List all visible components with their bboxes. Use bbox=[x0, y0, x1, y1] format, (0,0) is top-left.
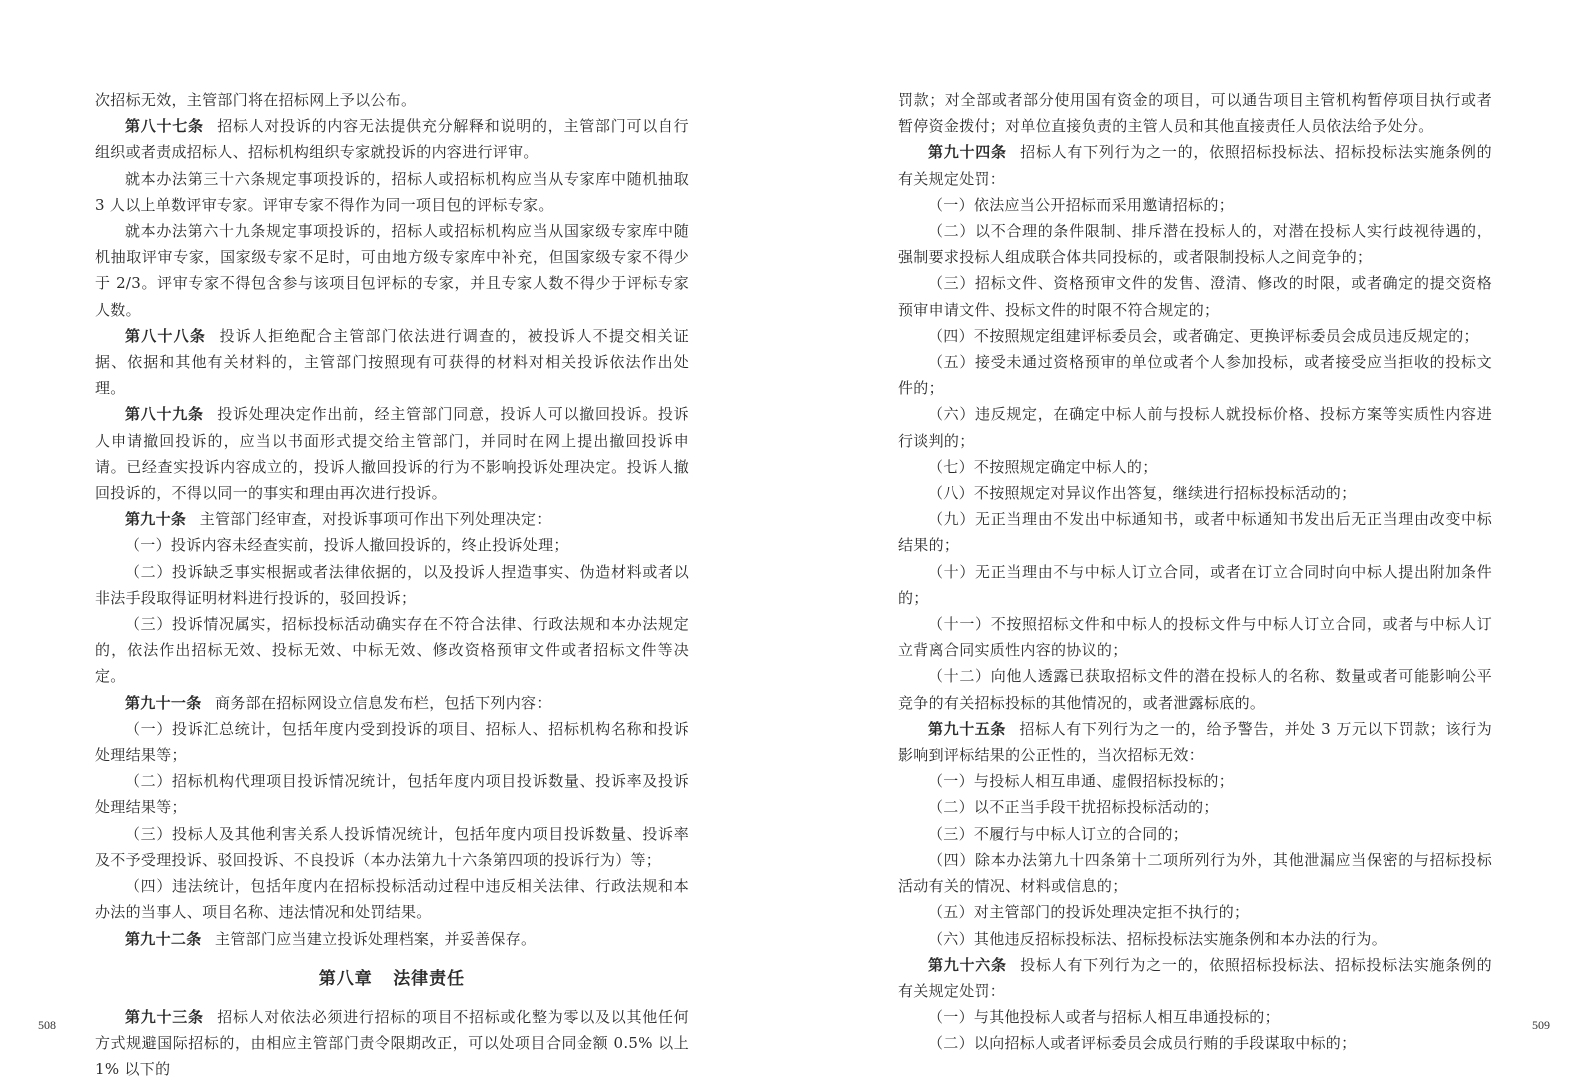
article-number: 第九十六条 bbox=[928, 956, 1007, 974]
article-text: 主管部门经审查，对投诉事项可作出下列处理决定： bbox=[200, 510, 552, 528]
article-number: 第八十八条 bbox=[125, 327, 206, 345]
chapter-number: 第八章 bbox=[319, 969, 373, 989]
article-90: 第九十条主管部门经审查，对投诉事项可作出下列处理决定： bbox=[95, 506, 689, 532]
list-item: （二）以不正当手段干扰招标投标活动的； bbox=[898, 794, 1492, 820]
article-91: 第九十一条商务部在招标网设立信息发布栏，包括下列内容： bbox=[95, 690, 689, 716]
list-item: （一）与其他投标人或者与招标人相互串通投标的； bbox=[898, 1004, 1492, 1030]
list-item: （三）投诉情况属实，招标投标活动确实存在不符合法律、行政法规和本办法规定的，依法… bbox=[95, 611, 689, 690]
left-page-body: 次招标无效，主管部门将在招标网上予以公布。 第八十七条招标人对投诉的内容无法提供… bbox=[95, 87, 689, 1077]
list-item: （五）对主管部门的投诉处理决定拒不执行的； bbox=[898, 899, 1492, 925]
article-88: 第八十八条投诉人拒绝配合主管部门依法进行调查的，被投诉人不提交相关证据、依据和其… bbox=[95, 323, 689, 402]
list-item: （三）投标人及其他利害关系人投诉情况统计，包括年度内项目投诉数量、投诉率及不予受… bbox=[95, 821, 689, 873]
list-item: （一）投诉内容未经查实前，投诉人撤回投诉的，终止投诉处理； bbox=[95, 532, 689, 558]
article-89: 第八十九条投诉处理决定作出前，经主管部门同意，投诉人可以撤回投诉。投诉人申请撤回… bbox=[95, 401, 689, 506]
page-number-left: 508 bbox=[38, 1018, 56, 1033]
list-item: （二）以不合理的条件限制、排斥潜在投标人的，对潜在投标人实行歧视待遇的，强制要求… bbox=[898, 218, 1492, 270]
list-item: （一）与投标人相互串通、虚假招标投标的； bbox=[898, 768, 1492, 794]
list-item: （三）招标文件、资格预审文件的发售、澄清、修改的时限，或者确定的提交资格预审申请… bbox=[898, 270, 1492, 322]
list-item: （二）招标机构代理项目投诉情况统计，包括年度内项目投诉数量、投诉率及投诉处理结果… bbox=[95, 768, 689, 820]
list-item: （一）依法应当公开招标而采用邀请招标的； bbox=[898, 192, 1492, 218]
article-92: 第九十二条主管部门应当建立投诉处理档案，并妥善保存。 bbox=[95, 926, 689, 952]
paragraph: 就本办法第六十九条规定事项投诉的，招标人或招标机构应当从国家级专家库中随机抽取评… bbox=[95, 218, 689, 323]
paragraph-continuation: 次招标无效，主管部门将在招标网上予以公布。 bbox=[95, 87, 689, 113]
list-item: （十）无正当理由不与中标人订立合同，或者在订立合同时向中标人提出附加条件的； bbox=[898, 559, 1492, 611]
article-text: 主管部门应当建立投诉处理档案，并妥善保存。 bbox=[215, 930, 536, 948]
article-text: 商务部在招标网设立信息发布栏，包括下列内容： bbox=[215, 694, 552, 712]
article-number: 第九十三条 bbox=[125, 1008, 204, 1026]
list-item: （四）不按照规定组建评标委员会，或者确定、更换评标委员会成员违反规定的； bbox=[898, 323, 1492, 349]
list-item: （二）投诉缺乏事实根据或者法律依据的，以及投诉人捏造事实、伪造材料或者以非法手段… bbox=[95, 559, 689, 611]
chapter-heading: 第八章法律责任 bbox=[95, 966, 689, 992]
article-93: 第九十三条招标人对依法必须进行招标的项目不招标或化整为零以及以其他任何方式规避国… bbox=[95, 1004, 689, 1077]
article-number: 第九十四条 bbox=[928, 143, 1007, 161]
article-number: 第八十七条 bbox=[125, 117, 204, 135]
list-item: （十一）不按照招标文件和中标人的投标文件与中标人订立合同，或者与中标人订立背离合… bbox=[898, 611, 1492, 663]
article-number: 第八十九条 bbox=[125, 405, 204, 423]
list-item: （八）不按照规定对异议作出答复，继续进行招标投标活动的； bbox=[898, 480, 1492, 506]
article-96: 第九十六条投标人有下列行为之一的，依照招标投标法、招标投标法实施条例的有关规定处… bbox=[898, 952, 1492, 1004]
list-item: （六）违反规定，在确定中标人前与投标人就投标价格、投标方案等实质性内容进行谈判的… bbox=[898, 401, 1492, 453]
list-item: （四）违法统计，包括年度内在招标投标活动过程中违反相关法律、行政法规和本办法的当… bbox=[95, 873, 689, 925]
article-94: 第九十四条招标人有下列行为之一的，依照招标投标法、招标投标法实施条例的有关规定处… bbox=[898, 139, 1492, 191]
list-item: （四）除本办法第九十四条第十二项所列行为外，其他泄漏应当保密的与招标投标活动有关… bbox=[898, 847, 1492, 899]
chapter-title: 法律责任 bbox=[393, 969, 465, 989]
list-item: （六）其他违反招标投标法、招标投标法实施条例和本办法的行为。 bbox=[898, 926, 1492, 952]
page-number-right: 509 bbox=[1532, 1018, 1550, 1033]
article-87: 第八十七条招标人对投诉的内容无法提供充分解释和说明的，主管部门可以自行组织或者责… bbox=[95, 113, 689, 165]
list-item: （九）无正当理由不发出中标通知书，或者中标通知书发出后无正当理由改变中标结果的； bbox=[898, 506, 1492, 558]
article-number: 第九十一条 bbox=[125, 694, 202, 712]
list-item: （三）不履行与中标人订立的合同的； bbox=[898, 821, 1492, 847]
paragraph-continuation: 罚款；对全部或者部分使用国有资金的项目，可以通告项目主管机构暂停项目执行或者暂停… bbox=[898, 87, 1492, 139]
paragraph: 就本办法第三十六条规定事项投诉的，招标人或招标机构应当从专家库中随机抽取 3 人… bbox=[95, 166, 689, 218]
list-item: （二）以向招标人或者评标委员会成员行贿的手段谋取中标的； bbox=[898, 1030, 1492, 1056]
article-number: 第九十五条 bbox=[928, 720, 1006, 738]
list-item: （五）接受未通过资格预审的单位或者个人参加投标，或者接受应当拒收的投标文件的； bbox=[898, 349, 1492, 401]
list-item: （七）不按照规定确定中标人的； bbox=[898, 454, 1492, 480]
right-page-body: 罚款；对全部或者部分使用国有资金的项目，可以通告项目主管机构暂停项目执行或者暂停… bbox=[898, 87, 1492, 1057]
article-95: 第九十五条招标人有下列行为之一的，给予警告，并处 3 万元以下罚款；该行为影响到… bbox=[898, 716, 1492, 768]
list-item: （十二）向他人透露已获取招标文件的潜在投标人的名称、数量或者可能影响公平竞争的有… bbox=[898, 663, 1492, 715]
list-item: （一）投诉汇总统计，包括年度内受到投诉的项目、招标人、招标机构名称和投诉处理结果… bbox=[95, 716, 689, 768]
article-number: 第九十二条 bbox=[125, 930, 202, 948]
article-number: 第九十条 bbox=[125, 510, 186, 528]
